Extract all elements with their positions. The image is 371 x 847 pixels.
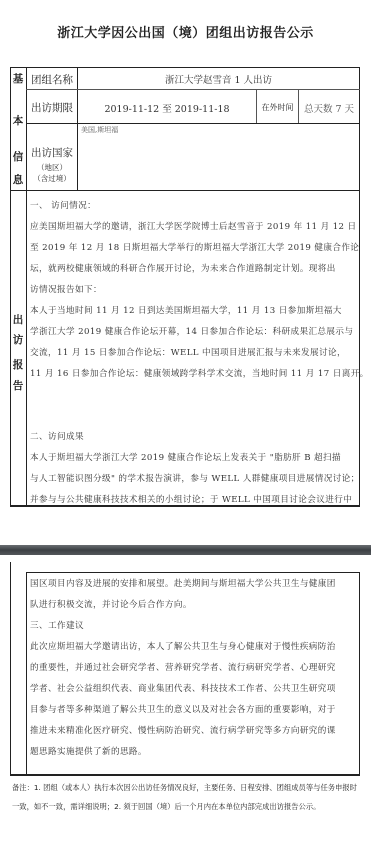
side-label-char: 本 — [10, 113, 26, 128]
report-line: 学浙江大学 2019 健康合作论坛开幕，14 日参加合作论坛：科研成果汇总展示与 — [30, 322, 358, 343]
side-label-char: 报 — [10, 357, 26, 372]
table-border-left — [10, 67, 11, 506]
country-label: 出访国家 — [27, 145, 77, 160]
table-border-bottom — [10, 774, 360, 776]
group-name-value: 浙江大学赵雪音 1 人出访 — [78, 72, 359, 86]
period-value: 2019-11-12 至 2019-11-18 — [78, 101, 256, 115]
row-divider-1 — [26, 89, 360, 90]
abroad-time-value: 总天数 7 天 — [299, 101, 359, 115]
report-line: 三、工作建议 — [30, 616, 358, 637]
side-label-char: 息 — [10, 172, 26, 187]
table-border-right — [359, 572, 360, 775]
table-border-top — [26, 572, 360, 573]
side-label-char: 告 — [10, 378, 26, 393]
page-title: 浙江大学因公出国（境）团组出访报告公示 — [0, 22, 371, 41]
side-column-divider — [26, 67, 27, 506]
report-line: 本人于斯坦福大学浙江大学 2019 健康合作论坛上发表关于 "脂肪肝 B 超扫描 — [30, 448, 358, 469]
side-column-divider — [26, 572, 27, 775]
page-separator — [0, 545, 371, 555]
abroad-time-label: 在外时间 — [257, 102, 298, 113]
report-line: 访情况报告如下： — [30, 280, 358, 301]
report-line: 国区项目内容及进展的安排和展望。赴美期间与斯坦福大学公共卫生与健康团 — [30, 574, 358, 595]
report-body-page1: 一、 访问情况： 应美国斯坦福大学的邀请，浙江大学医学院博士后赵雪音于 2019… — [30, 196, 358, 511]
period-label: 出访期限 — [27, 100, 77, 115]
side-label-char: 出 — [10, 312, 26, 327]
row-divider-2 — [26, 123, 360, 124]
side-label-char: 基 — [10, 71, 26, 86]
country-label-region: （地区） — [27, 162, 77, 173]
report-line: 学者、社会公益组织代表、商业集团代表、科技技术工作者、公共卫生研究项 — [30, 679, 358, 700]
report-line: 至 2019 年 12 月 18 日斯坦福大学举行的斯坦福大学浙江大学 2019… — [30, 238, 358, 259]
table-border-left — [10, 562, 11, 775]
table-border-right — [359, 67, 360, 506]
report-line: 目参与者等多种渠道了解公共卫生的意义以及对社会各方面的重要影响，对于 — [30, 700, 358, 721]
report-line: 题思路实施提供了新的思路。 — [30, 742, 358, 763]
footnote-line-2: 一致，如不一致，需详细说明；2. 须于回国（境）后一个月内在本单位内部完成出访报… — [12, 802, 320, 812]
report-line: 本人于当地时间 11 月 12 日到达美国斯坦福大学，11 月 13 日参加斯坦… — [30, 301, 358, 322]
report-line: 推进未来精准化医疗研究、慢性病防治研究、流行病学研究等多方向研究的课 — [30, 721, 358, 742]
group-name-label: 团组名称 — [27, 72, 77, 87]
report-line: 队进行积极交流，并讨论今后合作方向。 — [30, 595, 358, 616]
report-line: 交流，11 月 15 日参加合作论坛：WELL 中国项目进展汇报与未来发展讨论， — [30, 343, 358, 364]
report-line: 并参与与公共健康科技技术相关的小组讨论；于 WELL 中国项目讨论会议进行中 — [30, 490, 358, 511]
report-line: 与人工智能识图分级" 的学术报告演讲，参与 WELL 人群健康项目进展情况讨论； — [30, 469, 358, 490]
report-line: 一、 访问情况： — [30, 196, 358, 217]
report-line: 此次应斯坦福大学邀请出访，本人了解公共卫生与身心健康对于慢性疾病防治 — [30, 637, 358, 658]
report-line: 应美国斯坦福大学的邀请，浙江大学医学院博士后赵雪音于 2019 年 11 月 1… — [30, 217, 358, 238]
country-label-transit: （含过境） — [27, 173, 77, 184]
footnote-line-1: 备注：1. 团组（或本人）执行本次因公出访任务情况良好，主要任务、日程安排、团组… — [12, 783, 357, 793]
side-label-char: 访 — [10, 332, 26, 347]
report-line-blank — [30, 385, 358, 406]
country-value: 美国,斯坦福 — [81, 125, 118, 135]
report-line: 的重要性，并通过社会研究学者、营养研究学者、流行病研究学者、心理研究 — [30, 658, 358, 679]
report-line-blank — [30, 406, 358, 427]
row-divider-3 — [10, 190, 360, 191]
report-line: 11 月 16 日参加合作论坛：健康领域跨学科学术交流，当地时间 11 月 17… — [30, 364, 358, 385]
side-label-char: 信 — [10, 149, 26, 164]
report-line: 二、访问成果 — [30, 427, 358, 448]
table-border-top — [10, 67, 360, 68]
report-body-page2: 国区项目内容及进展的安排和展望。赴美期间与斯坦福大学公共卫生与健康团 队进行积极… — [30, 574, 358, 763]
report-line: 坛，就两校健康领域的科研合作展开讨论，为未来合作道路制定计划。现将出 — [30, 259, 358, 280]
